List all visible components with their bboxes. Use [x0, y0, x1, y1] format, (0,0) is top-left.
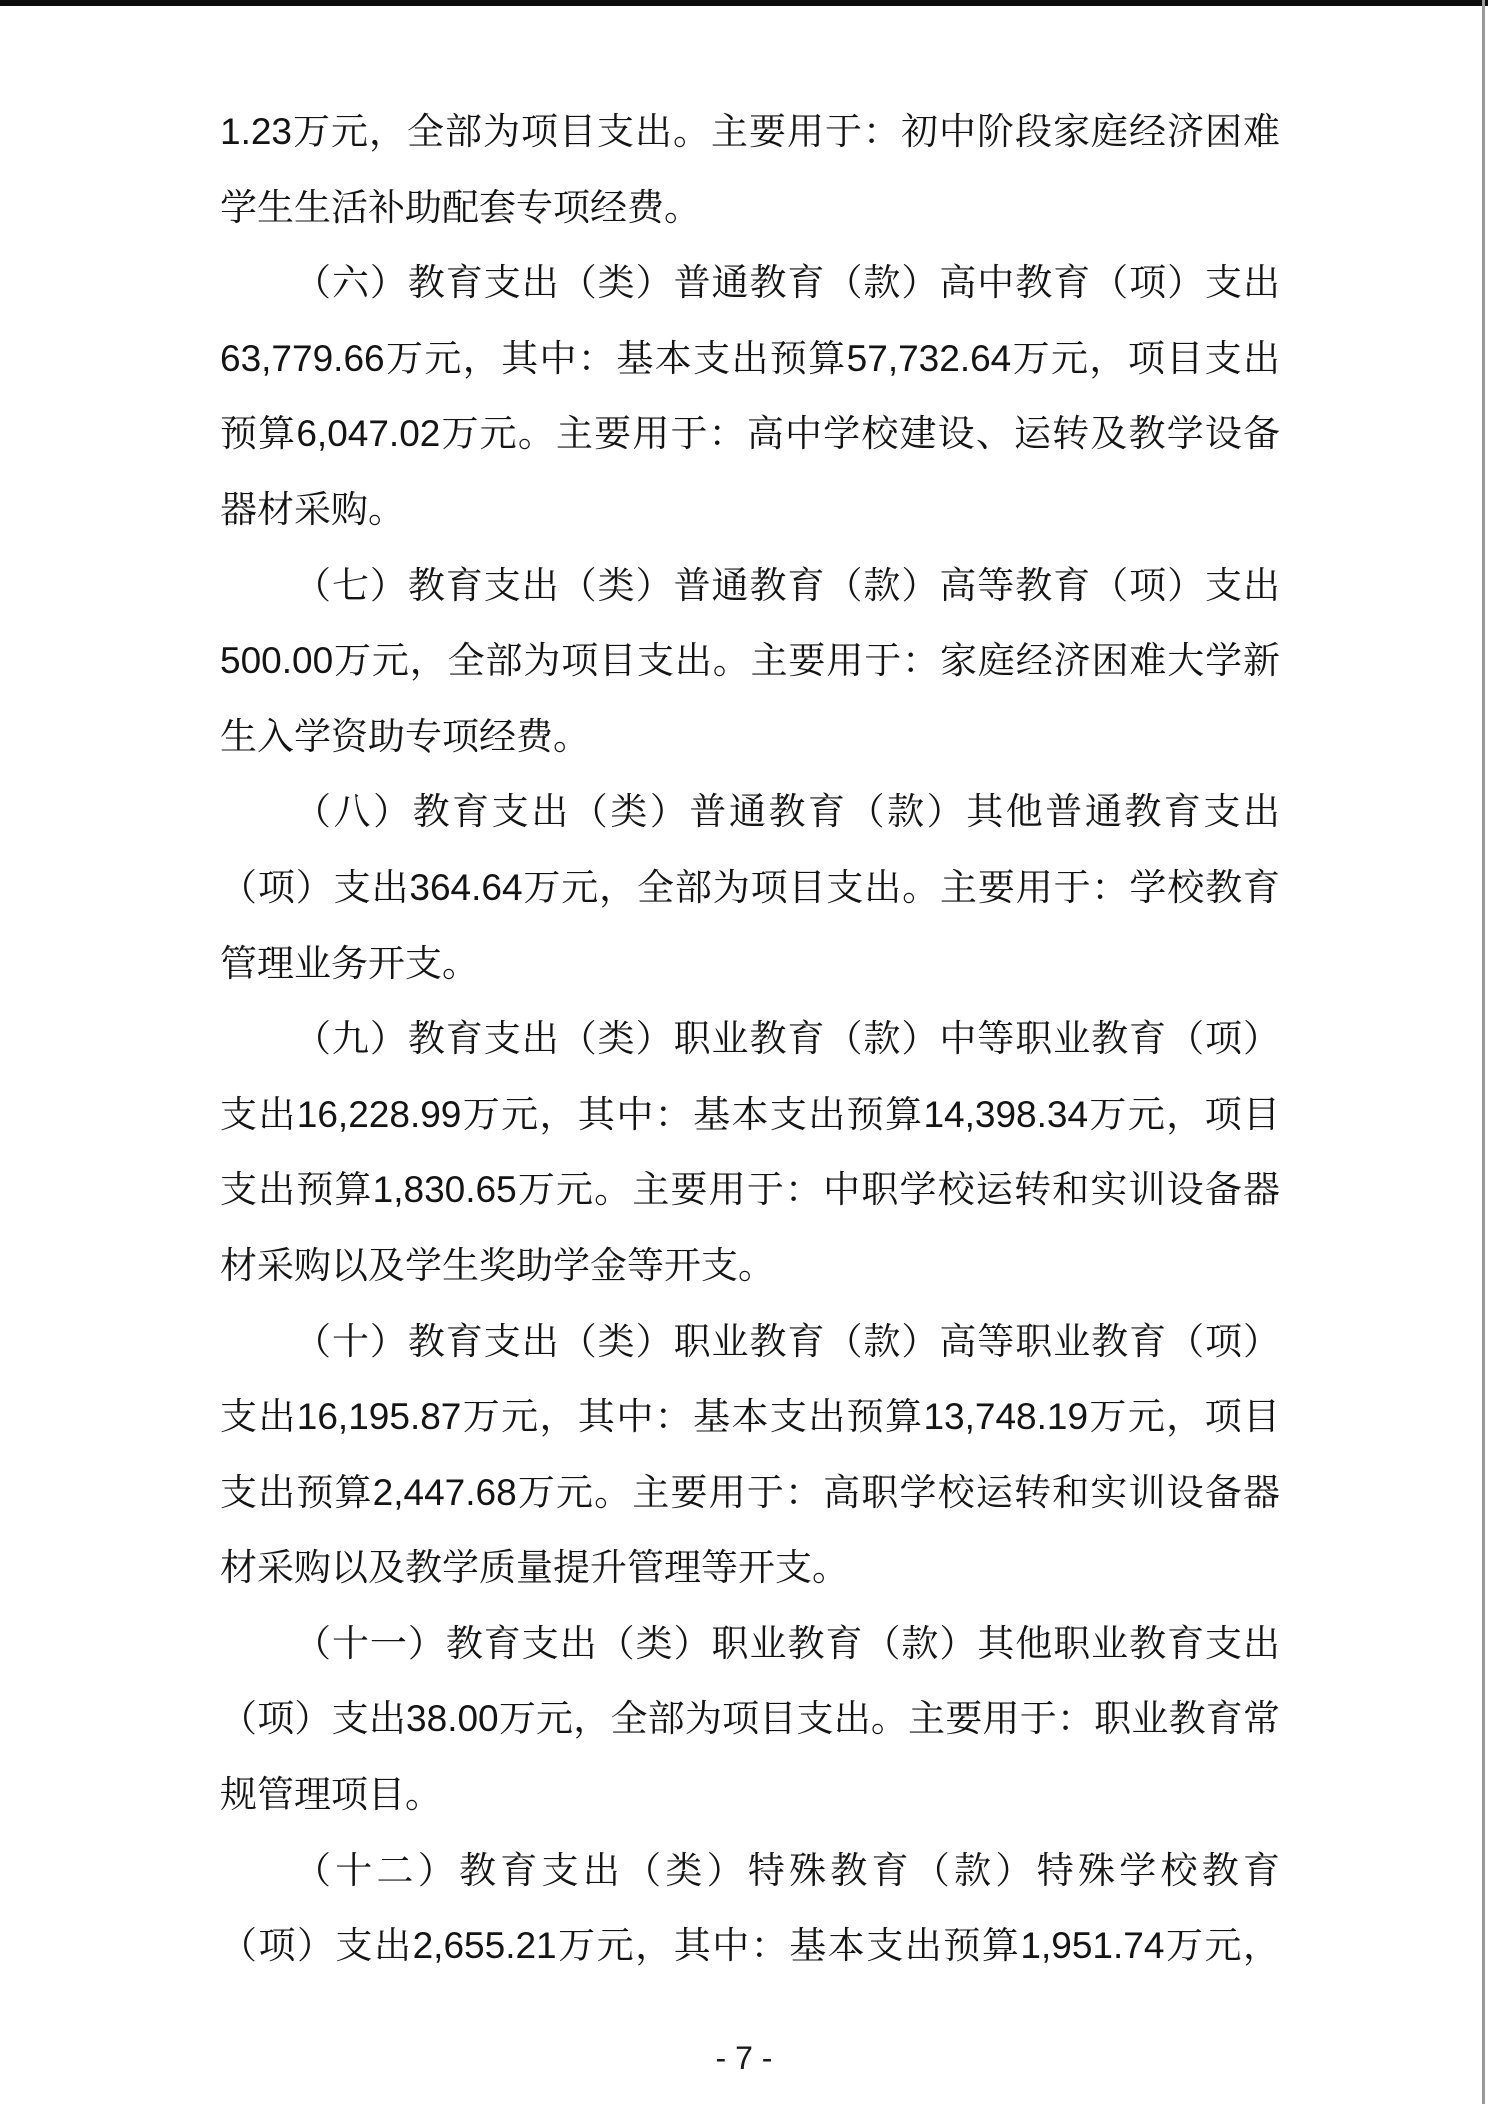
- document-page: { "document": { "paragraphs": [ { "lines…: [0, 0, 1488, 2104]
- text-line: 1.23万元，全部为项目支出。主要用于：初中阶段家庭经济困难: [220, 94, 1280, 170]
- text-line: （项）支出2,655.21万元，其中：基本支出预算1,951.74万元，: [220, 1908, 1280, 1984]
- text-line: （项）支出364.64万元，全部为项目支出。主要用于：学校教育: [220, 850, 1280, 926]
- text-line: （九）教育支出（类）职业教育（款）中等职业教育（项）: [220, 1001, 1280, 1077]
- text-line: 管理业务开支。: [220, 926, 1280, 1002]
- page-footer: - 7 -: [0, 2036, 1488, 2080]
- text-line: 生入学资助专项经费。: [220, 699, 1280, 775]
- text-line: 学生生活补助配套专项经费。: [220, 170, 1280, 246]
- text-line: 支出16,228.99万元，其中：基本支出预算14,398.34万元，项目: [220, 1077, 1280, 1153]
- text-line: 63,779.66万元，其中：基本支出预算57,732.64万元，项目支出: [220, 321, 1280, 397]
- text-line: 500.00万元，全部为项目支出。主要用于：家庭经济困难大学新: [220, 623, 1280, 699]
- text-line: 器材采购。: [220, 472, 1280, 548]
- text-line: （十二）教育支出（类）特殊教育（款）特殊学校教育: [220, 1833, 1280, 1909]
- paragraph: （十一）教育支出（类）职业教育（款）其他职业教育支出 （项）支出38.00万元，…: [220, 1606, 1280, 1833]
- page-number: - 7 -: [716, 2040, 773, 2076]
- text-line: 支出预算2,447.68万元。主要用于：高职学校运转和实训设备器: [220, 1455, 1280, 1531]
- text-line: （六）教育支出（类）普通教育（款）高中教育（项）支出: [220, 245, 1280, 321]
- paragraph: （九）教育支出（类）职业教育（款）中等职业教育（项） 支出16,228.99万元…: [220, 1001, 1280, 1303]
- text-line: （十一）教育支出（类）职业教育（款）其他职业教育支出: [220, 1606, 1280, 1682]
- text-line: 支出16,195.87万元，其中：基本支出预算13,748.19万元，项目: [220, 1379, 1280, 1455]
- paragraph: （六）教育支出（类）普通教育（款）高中教育（项）支出 63,779.66万元，其…: [220, 245, 1280, 547]
- document-body: 1.23万元，全部为项目支出。主要用于：初中阶段家庭经济困难 学生生活补助配套专…: [220, 94, 1280, 1984]
- page-top-edge: [0, 0, 1488, 6]
- text-line: 材采购以及学生奖助学金等开支。: [220, 1228, 1280, 1304]
- paragraph: 1.23万元，全部为项目支出。主要用于：初中阶段家庭经济困难 学生生活补助配套专…: [220, 94, 1280, 245]
- text-line: （八）教育支出（类）普通教育（款）其他普通教育支出: [220, 774, 1280, 850]
- text-line: 规管理项目。: [220, 1757, 1280, 1833]
- paragraph: （七）教育支出（类）普通教育（款）高等教育（项）支出 500.00万元，全部为项…: [220, 548, 1280, 775]
- text-line: （七）教育支出（类）普通教育（款）高等教育（项）支出: [220, 548, 1280, 624]
- page-right-edge: [1482, 0, 1485, 2104]
- paragraph: （十二）教育支出（类）特殊教育（款）特殊学校教育 （项）支出2,655.21万元…: [220, 1833, 1280, 1984]
- text-line: 预算6,047.02万元。主要用于：高中学校建设、运转及教学设备: [220, 396, 1280, 472]
- text-line: （项）支出38.00万元，全部为项目支出。主要用于：职业教育常: [220, 1681, 1280, 1757]
- text-line: 支出预算1,830.65万元。主要用于：中职学校运转和实训设备器: [220, 1152, 1280, 1228]
- paragraph: （八）教育支出（类）普通教育（款）其他普通教育支出 （项）支出364.64万元，…: [220, 774, 1280, 1001]
- paragraph: （十）教育支出（类）职业教育（款）高等职业教育（项） 支出16,195.87万元…: [220, 1304, 1280, 1606]
- text-line: （十）教育支出（类）职业教育（款）高等职业教育（项）: [220, 1304, 1280, 1380]
- text-line: 材采购以及教学质量提升管理等开支。: [220, 1530, 1280, 1606]
